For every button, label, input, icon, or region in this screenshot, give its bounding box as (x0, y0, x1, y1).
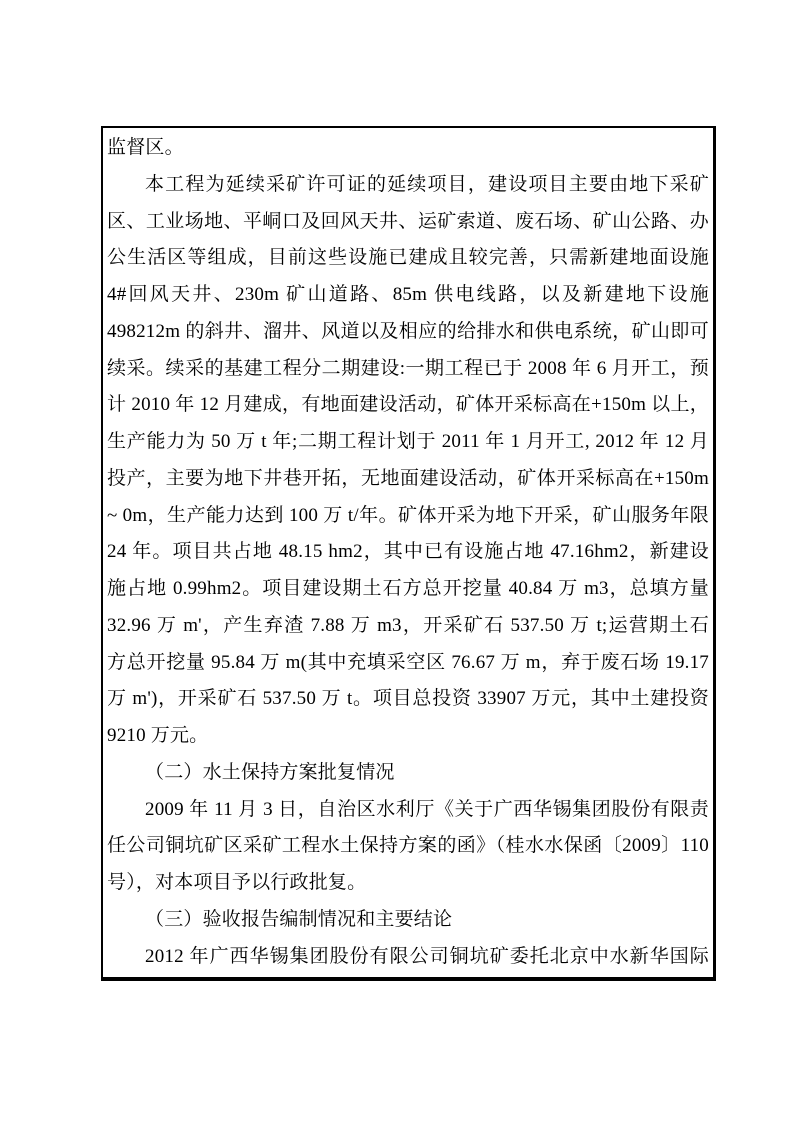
text-line: 498212m 的斜井、溜井、风道以及相应的给排水和供电系统，矿山即可 (107, 314, 709, 351)
text-line: 监督区。 (107, 130, 709, 167)
text-line: 计 2010 年 12 月建成，有地面建设活动，矿体开采标高在+150m 以上， (107, 387, 709, 424)
text-line: 9210 万元。 (107, 718, 709, 755)
text-line: 24 年。项目共占地 48.15 hm2，其中已有设施占地 47.16hm2，新… (107, 534, 709, 571)
text-line: 生产能力为 50 万 t 年;二期工程计划于 2011 年 1 月开工, 201… (107, 424, 709, 461)
text-line: 2012 年广西华锡集团股份有限公司铜坑矿委托北京中水新华国际 (107, 939, 709, 976)
section-heading: （三）验收报告编制情况和主要结论 (107, 902, 709, 939)
text-line: 万 m')，开采矿石 537.50 万 t。项目总投资 33907 万元，其中土… (107, 681, 709, 718)
text-line: ~ 0m，生产能力达到 100 万 t/年。矿体开采为地下开采，矿山服务年限 (107, 498, 709, 535)
text-line: 4#回风天井、230m 矿山道路、85m 供电线路，以及新建地下设施 (107, 277, 709, 314)
text-line: 2009 年 11 月 3 日，自治区水利厅《关于广西华锡集团股份有限责 (107, 792, 709, 829)
text-line: 任公司铜坑矿区采矿工程水土保持方案的函》（桂水水保函〔2009〕110 (107, 828, 709, 865)
text-line: 区、工业场地、平峒口及回风天井、运矿索道、废石场、矿山公路、办 (107, 204, 709, 241)
text-line: 续采。续采的基建工程分二期建设:一期工程已于 2008 年 6 月开工，预 (107, 351, 709, 388)
text-line: 公生活区等组成，目前这些设施已建成且较完善，只需新建地面设施 (107, 240, 709, 277)
text-line: 方总开挖量 95.84 万 m(其中充填采空区 76.67 万 m，弃于废石场 … (107, 645, 709, 682)
section-heading: （二）水土保持方案批复情况 (107, 755, 709, 792)
text-line: 施占地 0.99hm2。项目建设期土石方总开挖量 40.84 万 m3，总填方量 (107, 571, 709, 608)
text-line: 号），对本项目予以行政批复。 (107, 865, 709, 902)
document-page: 监督区。 本工程为延续采矿许可证的延续项目，建设项目主要由地下采矿 区、工业场地… (0, 0, 793, 1122)
bordered-text-cell: 监督区。 本工程为延续采矿许可证的延续项目，建设项目主要由地下采矿 区、工业场地… (101, 126, 716, 981)
text-line: 32.96 万 m'，产生弃渣 7.88 万 m3，开采矿石 537.50 万 … (107, 608, 709, 645)
text-line: 投产，主要为地下井巷开拓，无地面建设活动，矿体开采标高在+150m (107, 461, 709, 498)
text-line: 本工程为延续采矿许可证的延续项目，建设项目主要由地下采矿 (107, 167, 709, 204)
